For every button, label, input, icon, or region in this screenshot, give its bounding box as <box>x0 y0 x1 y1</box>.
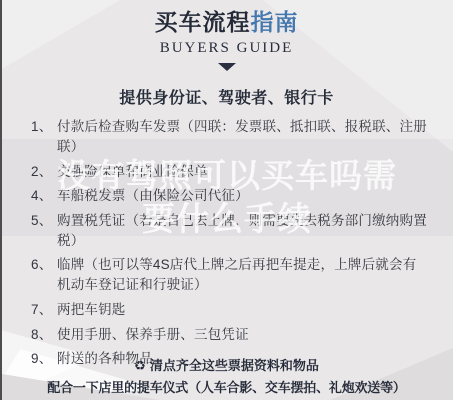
checklist-item: 5、购置税凭证（若是自己去上牌，则需要先去税务部门缴纳购置税） <box>31 211 429 251</box>
checklist-item: 8、使用手册、保养手册、三包凭证 <box>31 325 429 345</box>
item-number: 1、 <box>31 117 57 157</box>
checklist-item: 2、交强险保单和商业险保单 <box>31 162 429 182</box>
item-number: 7、 <box>31 300 57 320</box>
page-subtitle: BUYERS GUIDE <box>0 39 453 57</box>
item-number: 5、 <box>31 211 57 251</box>
item-text: 使用手册、保养手册、三包凭证 <box>57 325 429 345</box>
checklist-item: 4、车船税发票（由保险公司代征） <box>31 186 429 206</box>
item-number: 4、 <box>31 186 57 206</box>
item-text: 交强险保单和商业险保单 <box>57 162 429 182</box>
header: 买车流程指南 BUYERS GUIDE <box>0 8 453 71</box>
footer-line-1: ♻清点齐全这些票据资料和物品 <box>0 355 453 374</box>
page-title: 买车流程指南 <box>0 8 453 36</box>
item-text: 付款后检查购车发票（四联：发票联、抵扣联、报税联、注册联） <box>57 117 429 157</box>
infographic-card: 买车流程指南 BUYERS GUIDE 提供身份证、驾驶者、银行卡 1、付款后检… <box>0 0 453 400</box>
item-number: 6、 <box>31 255 57 295</box>
checklist-item: 7、两把车钥匙 <box>31 300 429 320</box>
item-number: 8、 <box>31 325 57 345</box>
checklist: 1、付款后检查购车发票（四联：发票联、抵扣联、报税联、注册联）2、交强险保单和商… <box>31 117 429 374</box>
footer-line-1-text: 清点齐全这些票据资料和物品 <box>150 358 319 373</box>
item-text: 购置税凭证（若是自己去上牌，则需要先去税务部门缴纳购置税） <box>57 211 429 251</box>
recycle-icon: ♻ <box>134 358 146 373</box>
requirements-banner: 提供身份证、驾驶者、银行卡 <box>0 85 453 108</box>
item-text: 车船税发票（由保险公司代征） <box>57 186 429 206</box>
checklist-item: 1、付款后检查购车发票（四联：发票联、抵扣联、报税联、注册联） <box>31 117 429 157</box>
item-number: 2、 <box>31 162 57 182</box>
triangle-down-icon <box>218 63 236 71</box>
checklist-item: 6、临牌（也可以等4S店代上牌之后再把车提走，上牌后就会有机动车登记证和行驶证） <box>31 255 429 295</box>
item-text: 临牌（也可以等4S店代上牌之后再把车提走，上牌后就会有机动车登记证和行驶证） <box>57 255 429 295</box>
page-title-accent: 指南 <box>251 9 299 35</box>
item-text: 两把车钥匙 <box>57 300 429 320</box>
footer-line-2: 配合一下店里的提车仪式（人车合影、交车摆拍、礼炮欢送等） <box>0 377 453 396</box>
page-title-main: 买车流程 <box>155 9 251 35</box>
